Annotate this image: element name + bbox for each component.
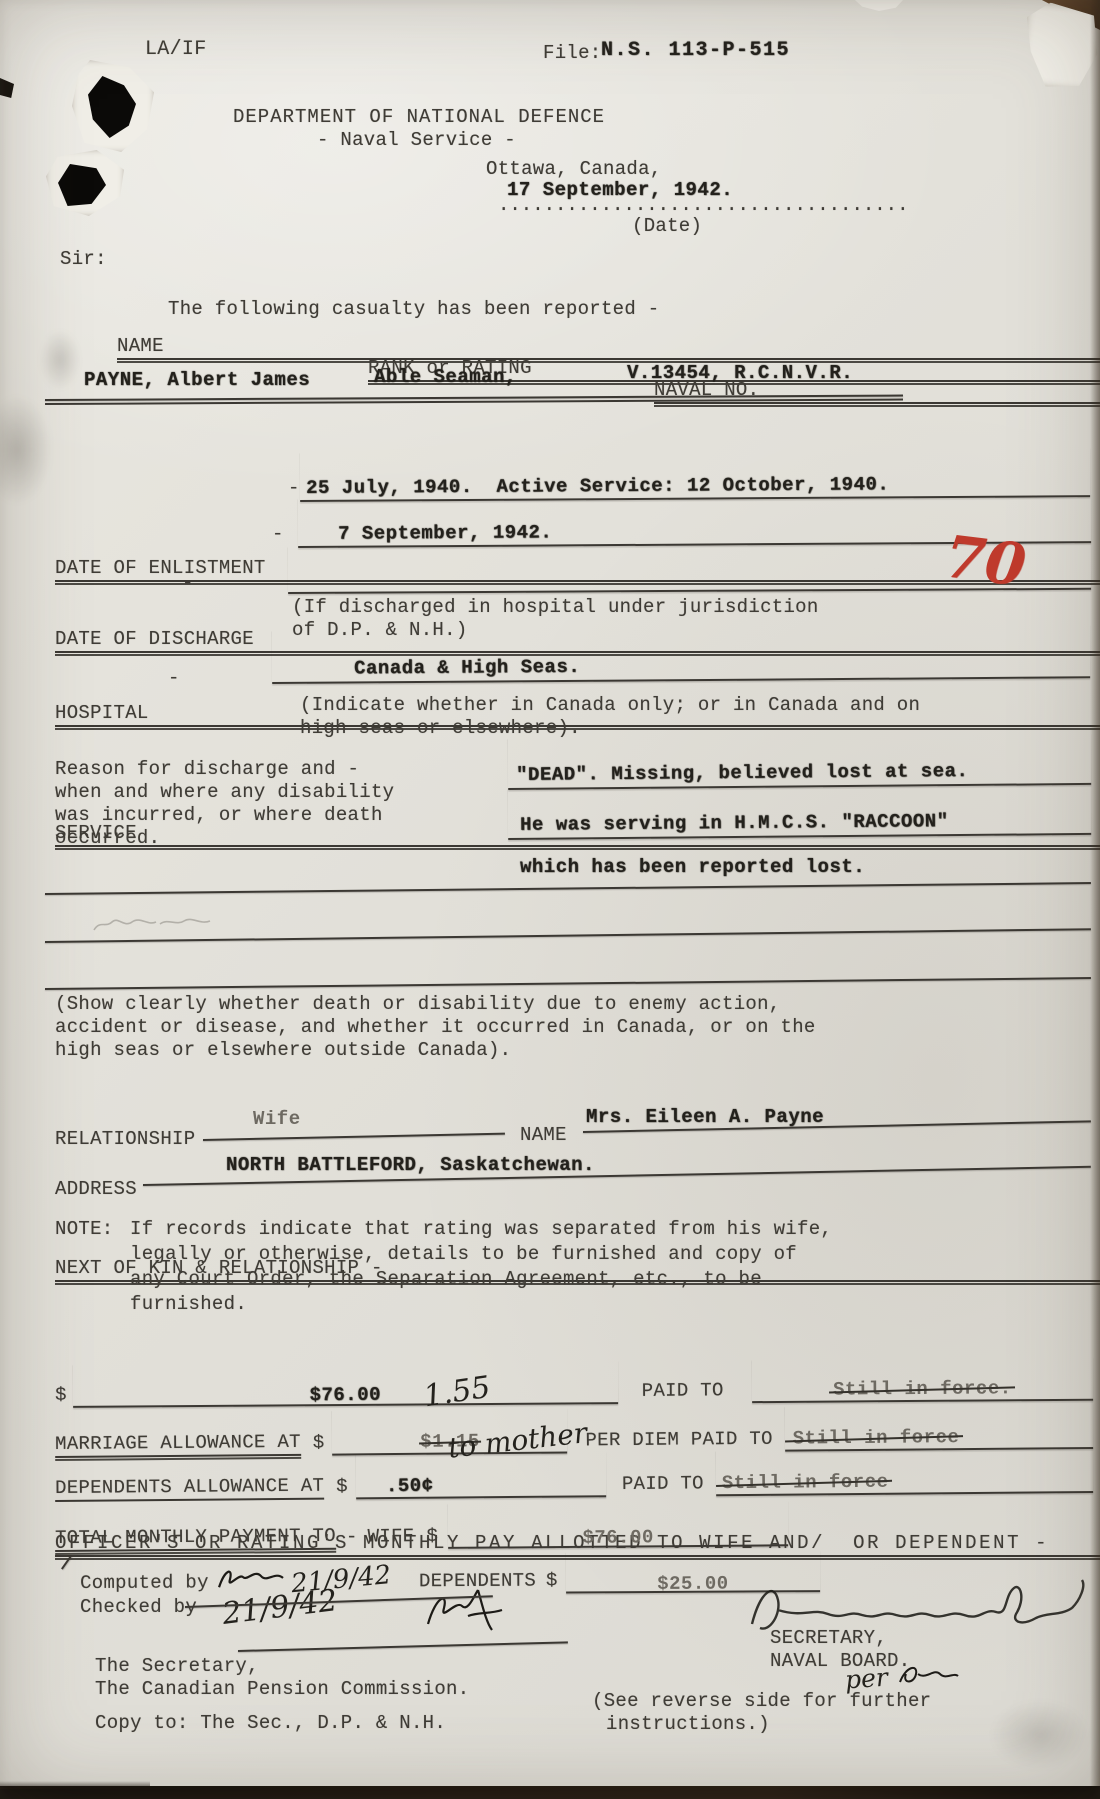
service-value: Canada & High Seas.: [272, 656, 580, 680]
reason-line-1: "DEAD". Missing, believed lost at sea.: [508, 733, 1091, 790]
note-label: NOTE:: [55, 1218, 114, 1240]
checked-underline: [238, 1641, 568, 1652]
faint-pencil-scribble: [90, 912, 220, 938]
monthly-paid-to-line: Still in force.: [751, 1357, 1093, 1403]
smudge-ink-blot: [40, 330, 80, 390]
note-line-3: any Court Order, the Separation Agreemen…: [130, 1268, 762, 1290]
show-clearly-note-2: accident or disease, and whether it occu…: [55, 1016, 816, 1038]
photo-edge-right: [1090, 0, 1100, 1799]
total-dash: -: [346, 1526, 358, 1550]
salutation: Sir:: [60, 248, 107, 270]
reverse-side-note-1: (See reverse side for further: [592, 1690, 931, 1712]
addressee-line-1: The Secretary,: [95, 1655, 259, 1677]
service-note-2: high seas or elsewhere).: [300, 717, 581, 739]
dependents-amount: .50¢: [356, 1475, 434, 1498]
document-page: LA/IF File: N.S. 113-P-515 DEPARTMENT OF…: [0, 0, 1100, 1799]
reverse-side-note-2: instructions.): [606, 1713, 770, 1735]
reason-value-3: which has been reported lost.: [520, 856, 865, 878]
marriage-currency: $: [313, 1432, 325, 1456]
copy-to-line: Copy to: The Sec., D.P. & N.H.: [95, 1712, 446, 1734]
show-clearly-note-3: high seas or elsewhere outside Canada).: [55, 1039, 511, 1061]
secretary-title-2: NAVAL BOARD.: [770, 1650, 910, 1672]
reason-value-1: "DEAD". Missing, believed lost at sea.: [508, 760, 968, 786]
total-amount-line: $76.00: [448, 1500, 788, 1549]
enlistment-dash: -: [288, 477, 300, 499]
nok-name-label: NAME: [520, 1124, 567, 1146]
naval-service-subheading: - Naval Service -: [317, 129, 516, 151]
monthly-paid-to-label: PAID TO: [642, 1379, 724, 1404]
note-line-4: furnished.: [130, 1293, 247, 1315]
dependents-paid-to-value: Still in force: [716, 1471, 889, 1495]
service-dash: -: [168, 667, 180, 689]
dependents-allowance-row: DEPENDENTS ALLOWANCE AT $ .50¢ to mother…: [55, 1449, 1093, 1502]
per-initials-squiggle: [896, 1662, 962, 1692]
torn-corner-flap: [1020, 0, 1100, 91]
secretary-title-1: SECRETARY,: [770, 1627, 887, 1649]
dependents-paid-to-line: Still in force: [716, 1447, 1094, 1496]
reason-label-4: occurred.: [55, 827, 160, 849]
dependents-total-currency: $: [546, 1569, 558, 1593]
intro-line: The following casualty has been reported…: [168, 298, 659, 320]
discharge-value: 7 September, 1942.: [298, 521, 552, 545]
file-number: N.S. 113-P-515: [601, 39, 790, 62]
checked-by-initials-scribble: [420, 1586, 510, 1634]
monthly-amount-line: $76.00: [73, 1360, 618, 1408]
monthly-paid-to-value: Still in force.: [833, 1377, 1012, 1400]
total-amount: $76.00: [582, 1526, 654, 1549]
monthly-pay-row: $ $76.00 PAID TO Still in force.: [55, 1359, 1093, 1408]
paper-edge-nick-top: [855, 0, 903, 11]
dependents-total-amount: $25.00: [657, 1573, 729, 1594]
addressee-line-2: The Canadian Pension Commission.: [95, 1678, 469, 1700]
checked-by-label: Checked by: [80, 1596, 197, 1618]
blank-rule-3: [45, 977, 1091, 990]
service-line: Canada & High Seas.: [272, 624, 1090, 684]
reason-value-2: He was serving in H.M.C.S. "RACCOON": [508, 810, 949, 836]
department-heading: DEPARTMENT OF NATIONAL DEFENCE: [233, 106, 605, 128]
nok-address-value: NORTH BATTLEFORD, Saskatchewan.: [226, 1154, 595, 1176]
paper-edge-nick-left: [0, 78, 14, 98]
relationship-line: [203, 1133, 505, 1141]
place-line: Ottawa, Canada,: [486, 158, 662, 180]
note-line-2: legally or otherwise, details to be furn…: [130, 1243, 797, 1265]
date-caption: (Date): [632, 215, 702, 237]
total-currency: $: [426, 1525, 438, 1549]
dependents-paid-to-label: PAID TO: [622, 1472, 704, 1497]
monthly-currency: $: [55, 1384, 67, 1408]
hospital-note-1: (If discharged in hospital under jurisdi…: [292, 596, 819, 618]
dependents-amount-line: .50¢ to mother: [356, 1451, 606, 1499]
dependents-allowance-label: DEPENDENTS ALLOWANCE AT: [55, 1475, 324, 1502]
computed-by-label: Computed by: [80, 1571, 209, 1596]
reason-label-2: when and where any disability: [55, 781, 394, 803]
photo-edge-bottom-left: [0, 1781, 150, 1789]
blank-rule-1: [45, 882, 1091, 895]
marriage-paid-to-line: Still in force: [784, 1403, 1093, 1452]
discharge-dash: -: [272, 523, 284, 545]
casualty-naval-no: V.13454, R.C.N.V.R.: [627, 362, 853, 384]
smudge-left-edge: [0, 395, 52, 505]
smudge-bottom-right: [990, 1700, 1090, 1770]
nok-name-value: Mrs. Eileen A. Payne: [586, 1106, 824, 1128]
dependents-currency: $: [336, 1475, 348, 1499]
casualty-name: PAYNE, Albert James: [84, 369, 310, 391]
computed-by-initials-scribble: [215, 1563, 287, 1593]
service-note-1: (Indicate whether in Canada only; or in …: [300, 694, 920, 716]
typist-reference: LA/IF: [145, 38, 207, 61]
relationship-value: Wife: [253, 1108, 301, 1130]
total-monthly-row: TOTAL MONTHLY PAYMENT TO - WIFE $ $76.00: [55, 1502, 795, 1552]
show-clearly-note-1: (Show clearly whether death or disabilit…: [55, 993, 781, 1015]
monthly-amount: $76.00: [309, 1384, 381, 1406]
photo-edge-bottom: [0, 1786, 1100, 1799]
marriage-allowance-label: MARRIAGE ALLOWANCE AT: [55, 1431, 301, 1458]
date-dotted-line: ....................................: [498, 194, 908, 216]
relationship-label: RELATIONSHIP: [55, 1128, 195, 1150]
total-monthly-label: TOTAL MONTHLY PAYMENT TO: [55, 1525, 336, 1552]
scanned-document: LA/IF File: N.S. 113-P-515 DEPARTMENT OF…: [0, 0, 1100, 1799]
marriage-paid-to-value: Still in force: [785, 1426, 960, 1450]
casualty-rank: Able Seaman,: [374, 366, 517, 388]
red-handwritten-annotation: 70: [941, 522, 1029, 599]
reason-label-1: Reason for discharge and -: [55, 758, 359, 780]
total-wife-label: WIFE: [368, 1525, 415, 1549]
file-label: File:: [543, 42, 602, 64]
note-line-1: If records indicate that rating was sepa…: [130, 1218, 832, 1240]
reason-label-3: was incurred, or where death: [55, 804, 383, 826]
nok-address-label: ADDRESS: [55, 1178, 137, 1200]
reason-line-2: He was serving in H.M.C.S. "RACCOON": [508, 783, 1091, 840]
hospital-dash: -: [182, 572, 194, 594]
